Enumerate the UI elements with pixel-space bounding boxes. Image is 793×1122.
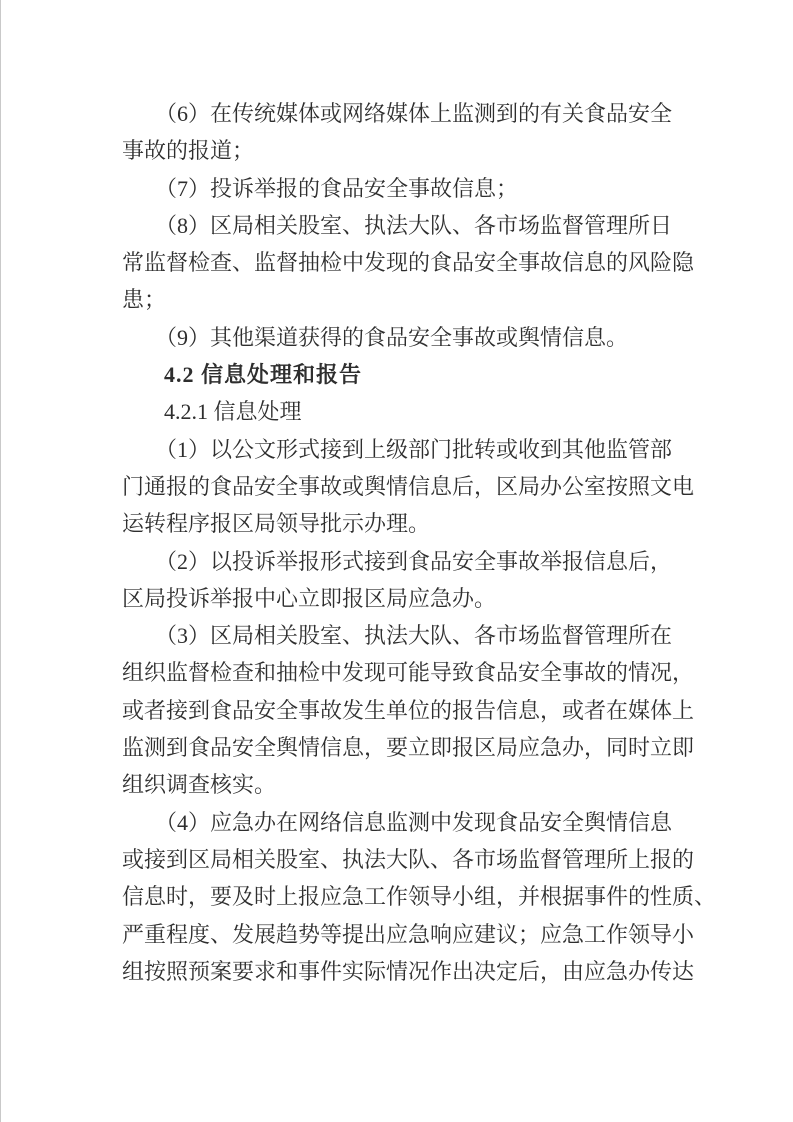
document-page: （6）在传统媒体或网络媒体上监测到的有关食品安全 事故的报道； （7）投诉举报的… bbox=[0, 0, 793, 1122]
text-line: （7）投诉举报的食品安全事故信息； bbox=[122, 170, 694, 207]
text-line: 患； bbox=[122, 281, 694, 318]
text-line: 组按照预案要求和事件实际情况作出决定后，由应急办传达 bbox=[122, 953, 694, 990]
text-line: 事故的报道； bbox=[122, 132, 694, 169]
text-line: 或者接到食品安全事故发生单位的报告信息，或者在媒体上 bbox=[122, 692, 694, 729]
text-line: 监测到食品安全舆情信息，要立即报区局应急办，同时立即 bbox=[122, 729, 694, 766]
text-line: （2）以投诉举报形式接到食品安全事故举报信息后， bbox=[122, 543, 694, 580]
text-line: 信息时，要及时上报应急工作领导小组，并根据事件的性质、 bbox=[122, 878, 694, 915]
text-line: 组织监督检查和抽检中发现可能导致食品安全事故的情况， bbox=[122, 654, 694, 691]
text-line: （1）以公文形式接到上级部门批转或收到其他监管部 bbox=[122, 431, 694, 468]
text-line: （9）其他渠道获得的食品安全事故或舆情信息。 bbox=[122, 319, 694, 356]
text-line: 常监督检查、监督抽检中发现的食品安全事故信息的风险隐 bbox=[122, 244, 694, 281]
text-line: 运转程序报区局领导批示办理。 bbox=[122, 505, 694, 542]
text-line: （6）在传统媒体或网络媒体上监测到的有关食品安全 bbox=[122, 95, 694, 132]
section-heading: 4.2 信息处理和报告 bbox=[122, 356, 694, 393]
text-line: 或接到区局相关股室、执法大队、各市场监督管理所上报的 bbox=[122, 841, 694, 878]
text-line: 严重程度、发展趋势等提出应急响应建议；应急工作领导小 bbox=[122, 916, 694, 953]
text-line: （8）区局相关股室、执法大队、各市场监督管理所日 bbox=[122, 207, 694, 244]
text-line: （4）应急办在网络信息监测中发现食品安全舆情信息 bbox=[122, 804, 694, 841]
text-line: 组织调查核实。 bbox=[122, 766, 694, 803]
subsection-heading: 4.2.1 信息处理 bbox=[122, 393, 694, 430]
text-line: （3）区局相关股室、执法大队、各市场监督管理所在 bbox=[122, 617, 694, 654]
text-line: 区局投诉举报中心立即报区局应急办。 bbox=[122, 580, 694, 617]
text-line: 门通报的食品安全事故或舆情信息后，区局办公室按照文电 bbox=[122, 468, 694, 505]
document-text-block: （6）在传统媒体或网络媒体上监测到的有关食品安全 事故的报道； （7）投诉举报的… bbox=[122, 95, 694, 990]
